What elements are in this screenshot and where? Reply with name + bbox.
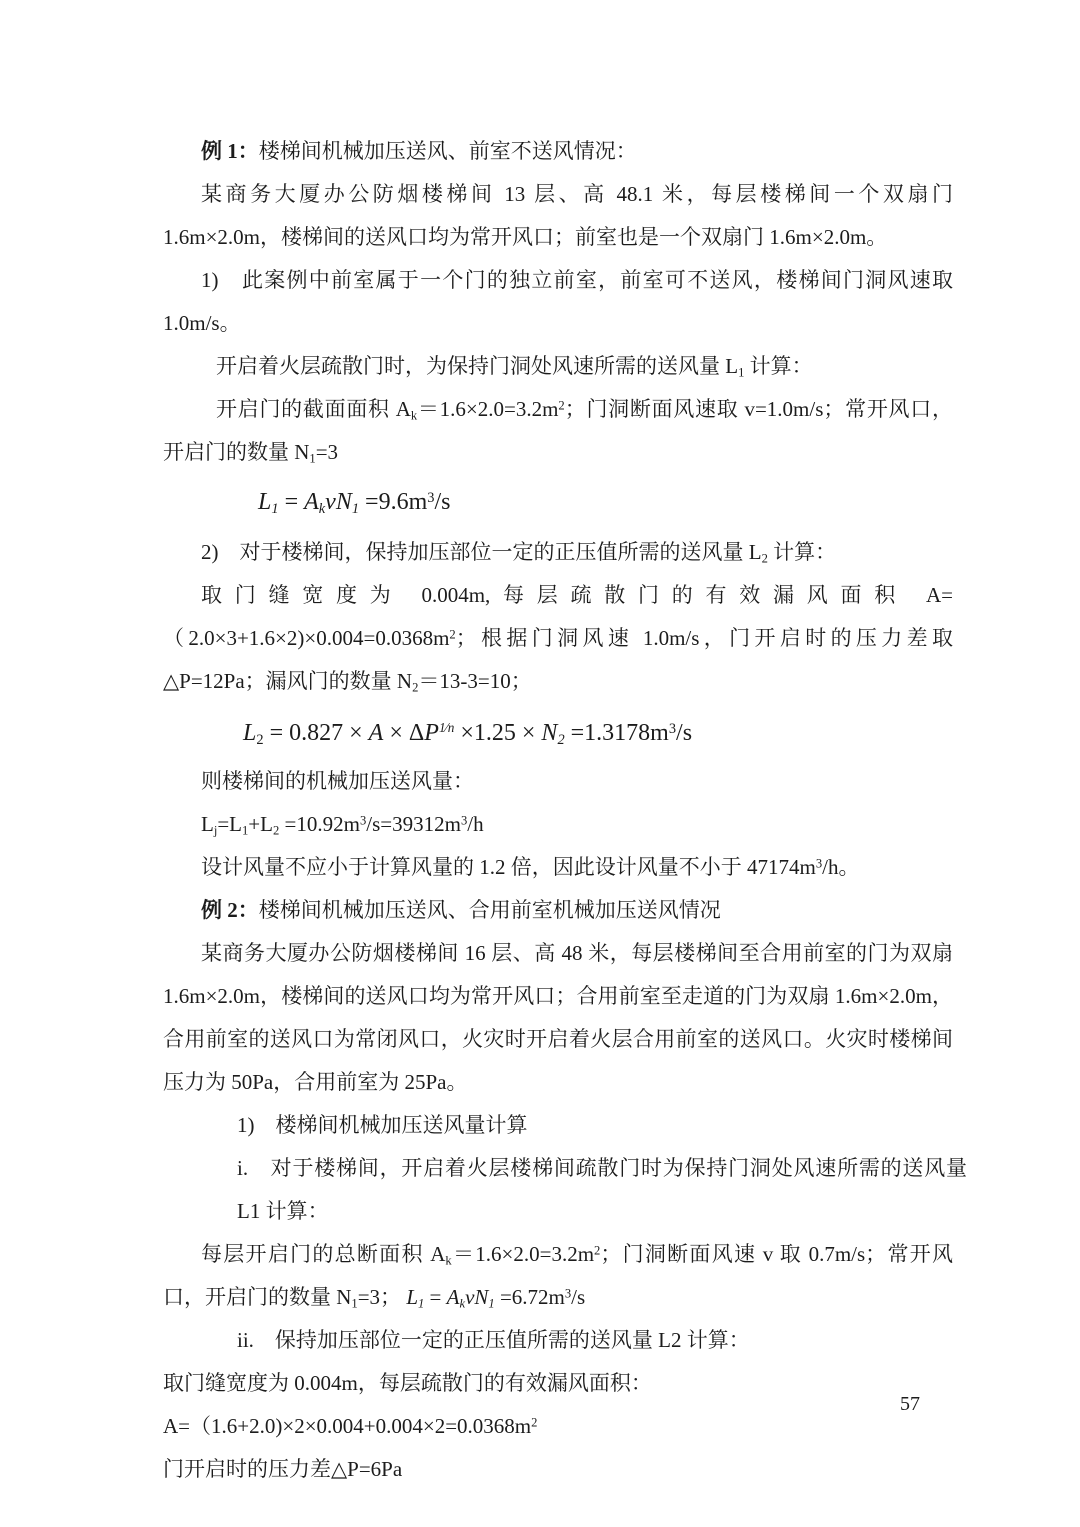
formula-l1: L1 = AkvN1 =9.6m3/s [258, 479, 953, 526]
example2-l1-params: 每层开启门的总断面积 Ak＝1.6×2.0=3.2m2；门洞断面风速 v 取 0… [163, 1233, 953, 1319]
example2-leak-area-formula: A=（1.6+2.0)×2×0.004+0.004×2=0.0368m2 [163, 1405, 953, 1448]
example2-intro: 某商务大厦办公防烟楼梯间 16 层、高 48 米，每层楼梯间至合用前室的门为双扇… [163, 932, 953, 1104]
example1-item2: 2) 对于楼梯间，保持加压部位一定的正压值所需的送风量 L2 计算： [163, 531, 953, 574]
example2-title: 例 2：楼梯间机械加压送风、合用前室机械加压送风情况 [163, 889, 953, 932]
document-body: 例 1：楼梯间机械加压送风、前室不送风情况：某商务大厦办公防烟楼梯间 13 层、… [163, 130, 953, 1491]
example1-l1-params: 开启门的截面面积 Ak＝1.6×2.0=3.2m2；门洞断面风速取 v=1.0m… [163, 388, 953, 474]
example2-pressure-diff: 门开启时的压力差△P=6Pa [163, 1448, 953, 1491]
page-number: 57 [900, 1390, 920, 1418]
example2-item1: 1) 楼梯间机械加压送风量计算 [237, 1104, 967, 1147]
example1-l1-desc: 开启着火层疏散门时，为保持门洞处风速所需的送风量 L1 计算： [163, 345, 953, 388]
example1-l2-params: 取门缝宽度为 0.004m,每层疏散门的有效漏风面积 A=（2.0×3+1.6×… [163, 574, 953, 703]
example2-item1-ii: ii. 保持加压部位一定的正压值所需的送风量 L2 计算： [237, 1319, 967, 1362]
example1-title: 例 1：楼梯间机械加压送风、前室不送风情况： [163, 130, 953, 173]
example1-design-flow: 设计风量不应小于计算风量的 1.2 倍，因此设计风量不小于 47174m3/h。 [163, 846, 953, 889]
example1-total-value: Lj=L1+L2 =10.92m3/s=39312m3/h [163, 803, 953, 846]
example1-total-label: 则楼梯间的机械加压送风量： [163, 760, 953, 803]
document-page: 例 1：楼梯间机械加压送风、前室不送风情况：某商务大厦办公防烟楼梯间 13 层、… [0, 0, 1080, 1527]
example2-item1-i: i. 对于楼梯间，开启着火层楼梯间疏散门时为保持门洞处风速所需的送风量 L1 计… [237, 1147, 967, 1233]
formula-l2: L2 = 0.827 × A × ΔP1⁄n ×1.25 × N2 =1.317… [243, 710, 953, 757]
example1-intro: 某商务大厦办公防烟楼梯间 13 层、高 48.1 米，每层楼梯间一个双扇门 1.… [163, 173, 953, 259]
example1-item1: 1) 此案例中前室属于一个门的独立前室，前室可不送风，楼梯间门洞风速取 1.0m… [163, 259, 953, 345]
example2-leak-area-desc: 取门缝宽度为 0.004m，每层疏散门的有效漏风面积： [163, 1362, 953, 1405]
